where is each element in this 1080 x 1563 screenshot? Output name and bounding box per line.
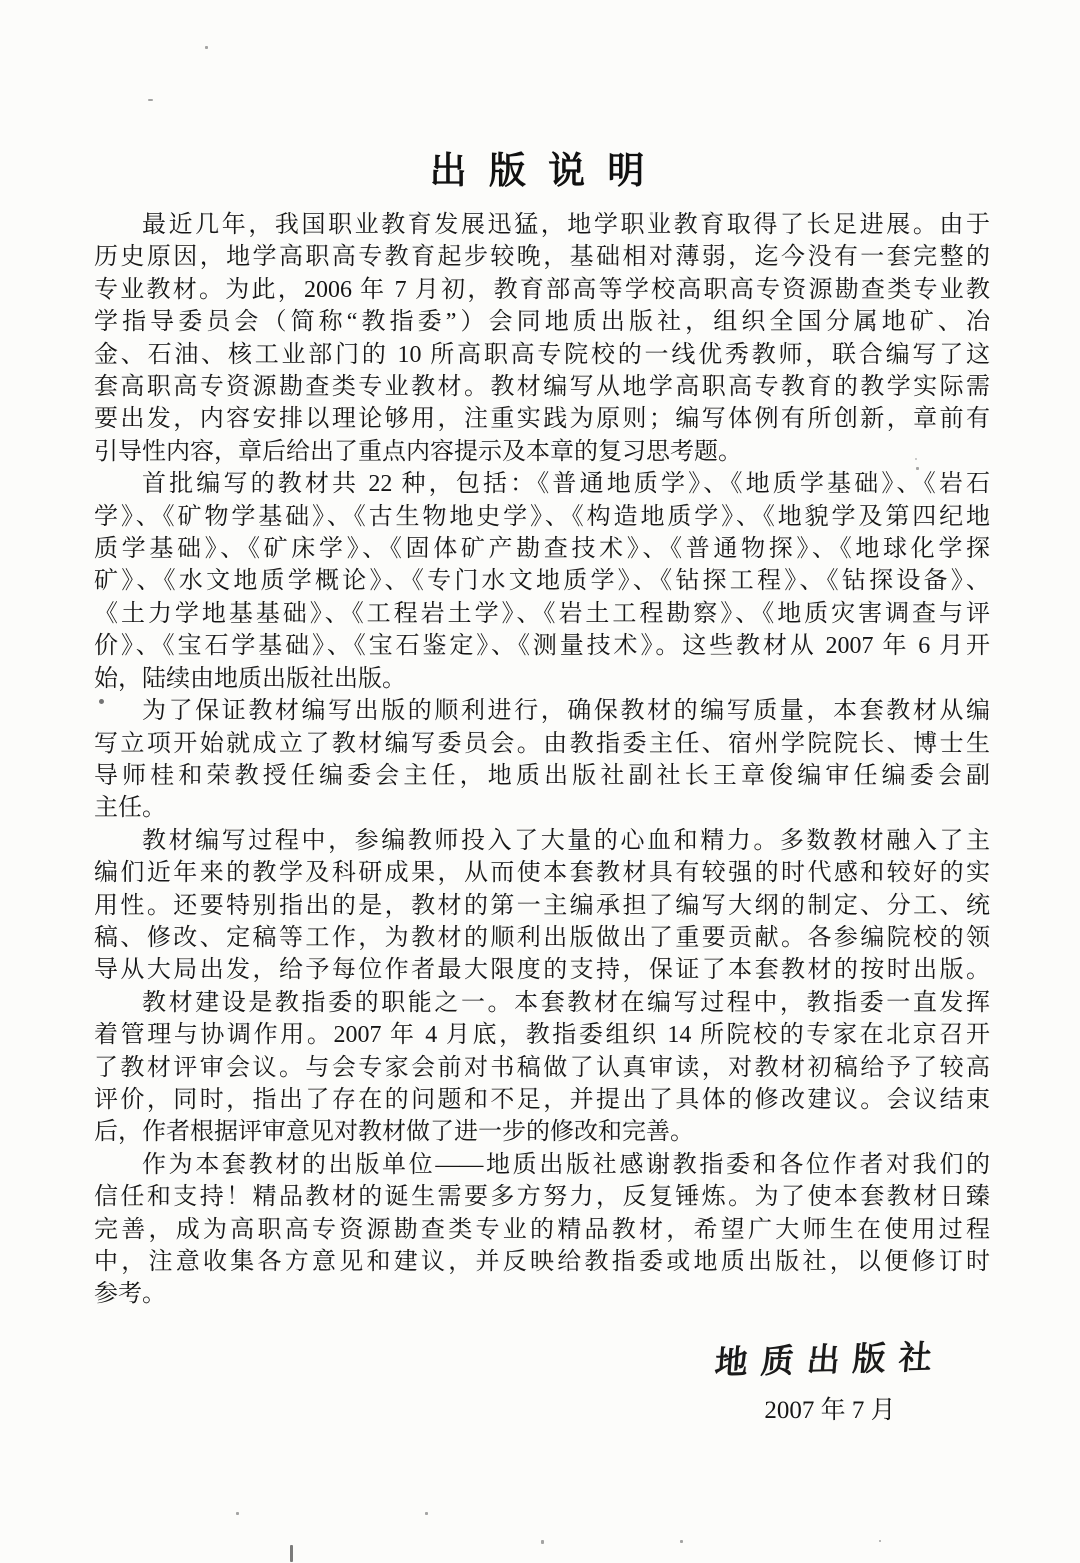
text-line: 质学基础》、《矿床学》、《固体矿产勘查技术》、《普通物探》、《地球化学探 (94, 533, 990, 565)
text-line: 价》、《宝石学基础》、《宝石鉴定》、《测量技术》。这些教材从 2007 年 6 … (94, 630, 990, 662)
text-line: 用性。还要特别指出的是，教材的第一主编承担了编写大纲的制定、分工、统 (94, 890, 990, 922)
body-paragraphs: 最近几年，我国职业教育发展迅猛，地学职业教育取得了长足进展。由于历史原因，地学高… (94, 209, 990, 1311)
scan-noise (915, 458, 917, 460)
text-line: 信任和支持！精品教材的诞生需要多方努力，反复锤炼。为了使本套教材日臻 (94, 1181, 990, 1213)
text-line: 稿、修改、定稿等工作，为教材的顺利出版做出了重要贡献。各参编院校的领 (94, 922, 990, 954)
publication-date: 2007 年 7 月 (710, 1390, 950, 1426)
scanned-page: 出 版 说 明 最近几年，我国职业教育发展迅猛，地学职业教育取得了长足进展。由于… (0, 0, 1080, 1563)
text-line: 学指导委员会（简称“教指委”）会同地质出版社，组织全国分属地矿、冶 (94, 306, 990, 338)
text-line: 要出发，内容安排以理论够用，注重实践为原则；编写体例有所创新，章前有 (94, 403, 990, 435)
scan-noise (650, 212, 653, 215)
text-line: 写立项开始就成立了教材编写委员会。由教指委主任、宿州学院院长、博士生 (94, 728, 990, 760)
text-line: 最近几年，我国职业教育发展迅猛，地学职业教育取得了长足进展。由于 (94, 209, 990, 241)
text-line: 《土力学地基基础》、《工程岩土学》、《岩土工程勘察》、《地质灾害调查与评 (94, 598, 990, 630)
scan-noise (290, 1545, 293, 1562)
text-line: 主任。 (94, 792, 990, 824)
text-line: 编们近年来的教学及科研成果，从而使本套教材具有较强的时代感和较好的实 (94, 857, 990, 889)
scan-noise (425, 1512, 428, 1515)
scan-noise (916, 467, 919, 470)
scan-noise (148, 99, 153, 101)
scan-noise (879, 1540, 881, 1542)
text-line: 着管理与协调作用。2007 年 4 月底，教指委组织 14 所院校的专家在北京召… (94, 1019, 990, 1051)
text-line: 导从大局出发，给予每位作者最大限度的支持，保证了本套教材的按时出版。 (94, 954, 990, 986)
text-line: 首批编写的教材共 22 种，包括：《普通地质学》、《地质学基础》、《岩石 (94, 468, 990, 500)
text-line: 矿》、《水文地质学概论》、《专门水文地质学》、《钻探工程》、《钻探设备》、 (94, 565, 990, 597)
publisher-signature: 地质出版社 (698, 1331, 962, 1385)
text-line: 评价，同时，指出了存在的问题和不足，并提出了具体的修改建议。会议结束 (94, 1084, 990, 1116)
text-line: 学》、《矿物学基础》、《古生物地史学》、《构造地质学》、《地貌学及第四纪地 (94, 501, 990, 533)
scan-noise (205, 46, 208, 49)
text-line: 了教材评审会议。与会专家会前对书稿做了认真审读，对教材初稿给予了较高 (94, 1052, 990, 1084)
scan-noise (680, 1540, 683, 1543)
text-line: 教材建设是教指委的职能之一。本套教材在编写过程中，教指委一直发挥 (94, 987, 990, 1019)
text-line: 始，陆续由地质出版社出版。 (94, 663, 990, 695)
text-line: 引导性内容，章后给出了重点内容提示及本章的复习思考题。 (94, 436, 990, 468)
text-line: 教材编写过程中，参编教师投入了大量的心血和精力。多数教材融入了主 (94, 825, 990, 857)
scan-noise (236, 1512, 239, 1515)
page-title: 出 版 说 明 (0, 140, 1080, 194)
text-line: 为了保证教材编写出版的顺利进行，确保教材的编写质量，本套教材从编 (94, 695, 990, 727)
text-line: 完善，成为高职高专资源勘查类专业的精品教材，希望广大师生在使用过程 (94, 1214, 990, 1246)
text-line: 专业教材。为此，2006 年 7 月初，教育部高等学校高职高专资源勘查类专业教 (94, 274, 990, 306)
scan-noise (541, 1540, 544, 1544)
text-line: 历史原因，地学高职高专教育起步较晚，基础相对薄弱，迄今没有一套完整的 (94, 241, 990, 273)
text-line: 中，注意收集各方意见和建议，并反映给教指委或地质出版社，以便修订时 (94, 1246, 990, 1278)
text-line: 参考。 (94, 1278, 990, 1310)
text-line: 后，作者根据评审意见对教材做了进一步的修改和完善。 (94, 1116, 990, 1148)
text-line: 导师桂和荣教授任编委会主任，地质出版社副社长王章俊编审任编委会副 (94, 760, 990, 792)
text-line: 作为本套教材的出版单位——地质出版社感谢教指委和各位作者对我们的 (94, 1149, 990, 1181)
text-line: 套高职高专资源勘查类专业教材。教材编写从地学高职高专教育的教学实际需 (94, 371, 990, 403)
scan-noise (99, 699, 104, 704)
text-line: 金、石油、核工业部门的 10 所高职高专院校的一线优秀教师，联合编写了这 (94, 339, 990, 371)
